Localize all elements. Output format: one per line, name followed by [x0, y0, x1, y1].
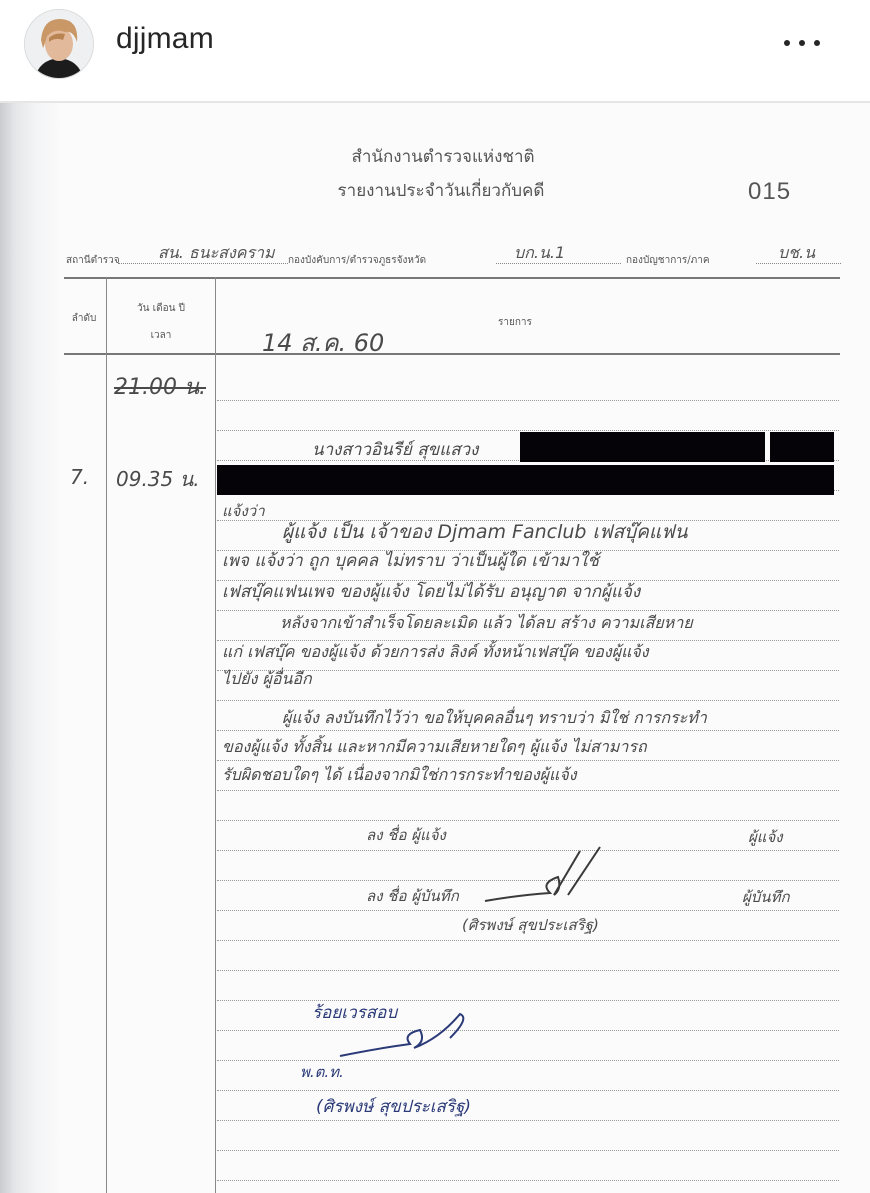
- body-line: เฟสบุ๊คแฟนเพจ ของผู้แจ้ง โดยไม่ได้รับ อน…: [222, 578, 640, 605]
- writing-rule: [217, 760, 839, 761]
- police-report-photo: สำนักงานตำรวจแห่งชาติ รายงานประจำวันเกี่…: [0, 103, 870, 1193]
- post-header: djjmam: [0, 0, 870, 103]
- approver-signature-scribble: [330, 1008, 480, 1068]
- body-line: รับผิดชอบใดๆ ได้ เนื่องจากมิใช่การกระทำข…: [222, 763, 577, 788]
- entry-time: 09.35 น.: [116, 463, 200, 495]
- binding-shadow: [0, 103, 60, 1193]
- division-value: บช.น: [778, 241, 815, 266]
- username[interactable]: djjmam: [116, 22, 214, 56]
- writing-rule: [217, 1030, 839, 1031]
- more-options-button[interactable]: [784, 28, 820, 58]
- approver-name: (ศิรพงษ์ สุขประเสริฐ): [316, 1093, 471, 1120]
- more-dot-icon: [814, 40, 820, 46]
- writing-rule: [217, 430, 839, 431]
- writing-rule: [217, 1090, 839, 1091]
- writing-rule: [217, 790, 839, 791]
- profile-photo-icon: [25, 10, 93, 78]
- entry-time: 21.00 น.: [114, 369, 206, 404]
- more-dot-icon: [799, 40, 805, 46]
- station-row: สถานีตำรวจ สน. ธนะสงคราม กองบังคับการ/ตำ…: [66, 241, 841, 267]
- writing-rule: [217, 1120, 839, 1121]
- body-line: ของผู้แจ้ง ทั้งสิ้น และหากมีความเสียหายใ…: [222, 735, 647, 760]
- col-order: ลำดับ: [62, 311, 106, 326]
- col-date: วัน เดือน ปี: [108, 301, 214, 316]
- margin-note: ผู้แจ้ง: [748, 825, 783, 849]
- signature-scribble: [480, 843, 610, 913]
- body-line: ผู้แจ้ง ลงบันทึกไว้ว่า ขอให้บุคคลอื่นๆ ท…: [282, 706, 707, 731]
- complainant-name: นางสาวอินรีย์ สุขแสวง: [312, 436, 478, 463]
- body-line: แจ้งว่า: [222, 499, 265, 523]
- station-label: สถานีตำรวจ: [66, 253, 120, 268]
- avatar[interactable]: [24, 9, 94, 79]
- writing-rule: [217, 1000, 839, 1001]
- approver-rank: พ.ต.ท.: [300, 1060, 344, 1084]
- doc-agency-title: สำนักงานตำรวจแห่งชาติ: [8, 143, 870, 170]
- redaction-block: [770, 432, 834, 462]
- doc-page-number: 015: [748, 178, 791, 206]
- body-line: แก่ เฟสบุ๊ค ของผู้แจ้ง ด้วยการส่ง ลิงค์ …: [222, 640, 649, 665]
- writing-rule: [217, 1180, 839, 1181]
- body-line: ผู้แจ้ง เป็น เจ้าของ Djmam Fanclub เฟสบุ…: [282, 517, 688, 547]
- writing-rule: [217, 700, 839, 701]
- body-line: เพจ แจ้งว่า ถูก บุคคล ไม่ทราบ ว่าเป็นผู้…: [222, 547, 599, 574]
- writing-rule: [217, 940, 839, 941]
- signature-line-complainant: ลง ชื่อ ผู้แจ้ง: [366, 823, 446, 847]
- writing-rule: [217, 1150, 839, 1151]
- entry-date: 14 ส.ค. 60: [262, 323, 384, 362]
- redaction-block: [217, 465, 834, 495]
- more-dot-icon: [784, 40, 790, 46]
- writing-rule: [217, 820, 839, 821]
- margin-note: ผู้บันทึก: [742, 885, 790, 909]
- signer-name: (ศิรพงษ์ สุขประเสริฐ): [462, 913, 599, 937]
- body-line: หลังจากเข้าสำเร็จโดยละเมิด แล้ว ได้ลบ สร…: [280, 611, 693, 636]
- signature-line-recorder: ลง ชื่อ ผู้บันทึก: [366, 884, 459, 908]
- division-label: กองบัญชาการ/ภาค: [626, 253, 710, 268]
- writing-rule: [217, 970, 839, 971]
- station-value: สน. ธนะสงคราม: [158, 241, 275, 266]
- body-line: ไปยัง ผู้อื่นอีก: [222, 667, 312, 692]
- col-time: เวลา: [108, 328, 214, 343]
- redaction-block: [520, 432, 765, 462]
- doc-report-title: รายงานประจำวันเกี่ยวกับคดี: [6, 177, 870, 204]
- entry-order: 7.: [70, 465, 89, 489]
- command-label: กองบังคับการ/ตำรวจภูธรจังหวัด: [288, 253, 426, 268]
- writing-rule: [217, 400, 839, 401]
- command-value: บก.น.1: [514, 241, 565, 266]
- col-items: รายการ: [498, 315, 532, 330]
